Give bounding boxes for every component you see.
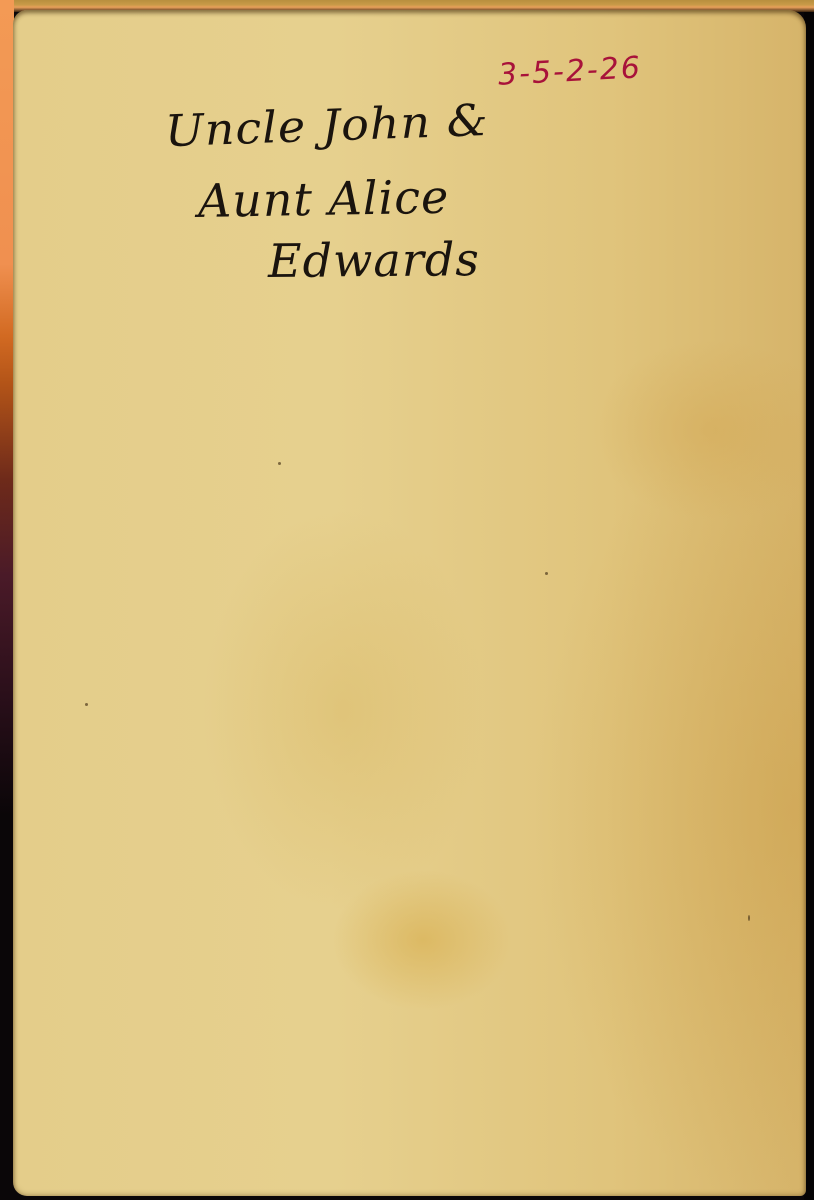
paper-speck: [278, 462, 281, 465]
paper-speck: [85, 703, 88, 706]
handwritten-line-3: Edwards: [268, 232, 480, 288]
paper-speck: [748, 915, 750, 921]
scan-left-edge: [0, 0, 14, 1200]
scanned-card-image: 3-5-2-26 Uncle John & Aunt Alice Edwards: [0, 0, 814, 1200]
paper-speck: [545, 572, 548, 575]
handwritten-line-2: Aunt Alice: [198, 170, 450, 228]
